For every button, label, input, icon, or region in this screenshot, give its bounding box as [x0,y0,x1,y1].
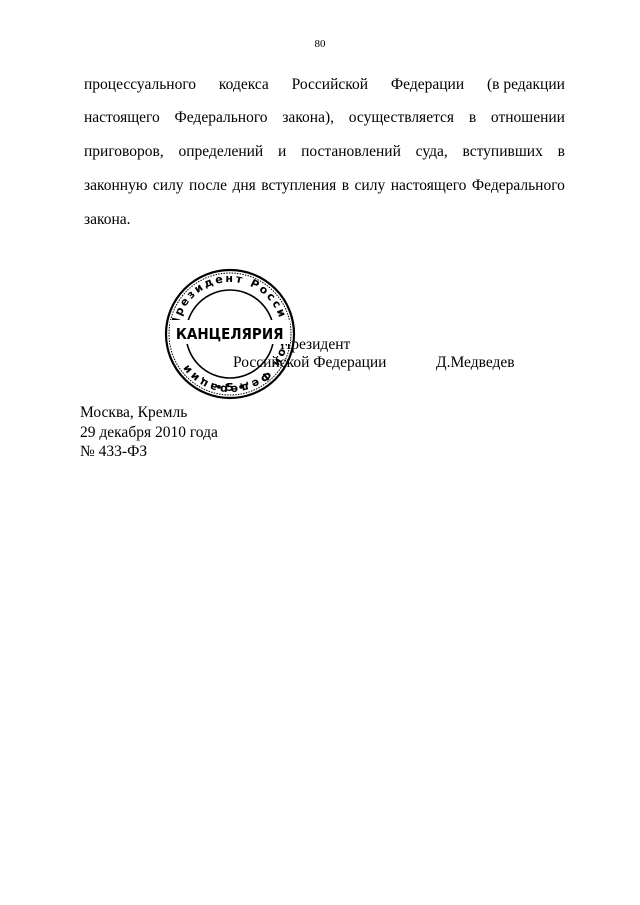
word: (в редакции [487,76,565,94]
word: законную [84,177,147,195]
word: Федерального [175,109,268,127]
word: постановлений [301,143,401,161]
word: настоящего [391,177,467,195]
word: Российской [292,76,368,94]
paragraph-line-2: настоящего Федерального закона), осущест… [84,109,565,127]
word: в [469,109,476,127]
seal-icon: Президент Российской Федерации КАНЦЕЛЯРИ… [164,268,296,400]
word: силу [153,177,184,195]
signing-date: 29 декабря 2010 года [80,423,218,443]
word: вступивших [463,143,543,161]
signature-name: Д.Медведев [436,354,515,372]
word: процессуального [84,76,196,94]
word: вступления [261,177,336,195]
word: отношении [491,109,565,127]
word: суда, [416,143,448,161]
signing-place: Москва, Кремль [80,403,187,423]
paragraph-line-1: процессуального кодекса Российской Федер… [84,76,565,94]
word: в [558,143,565,161]
word: настоящего [84,109,160,127]
page-number: 80 [0,38,640,50]
word: осуществляется [349,109,454,127]
word: Федерального [472,177,565,195]
word: после [189,177,227,195]
paragraph-line-4: законную силу после дня вступления в сил… [84,177,565,195]
word: закона), [282,109,334,127]
word: приговоров, [84,143,164,161]
paragraph-line-5: закона. [84,211,565,229]
stamp-number: • 5 • [215,381,244,394]
paragraph-line-3: приговоров, определений и постановлений … [84,143,565,161]
word: и [278,143,286,161]
law-number: № 433-ФЗ [80,442,147,462]
word: определений [178,143,263,161]
word: кодекса [219,76,269,94]
word: Федерации [391,76,464,94]
word: закона. [84,211,131,229]
word: дня [232,177,255,195]
official-seal-stamp: Президент Российской Федерации КАНЦЕЛЯРИ… [164,268,296,400]
stamp-center-text: КАНЦЕЛЯРИЯ [176,326,284,343]
word: силу [355,177,386,195]
word: в [342,177,349,195]
